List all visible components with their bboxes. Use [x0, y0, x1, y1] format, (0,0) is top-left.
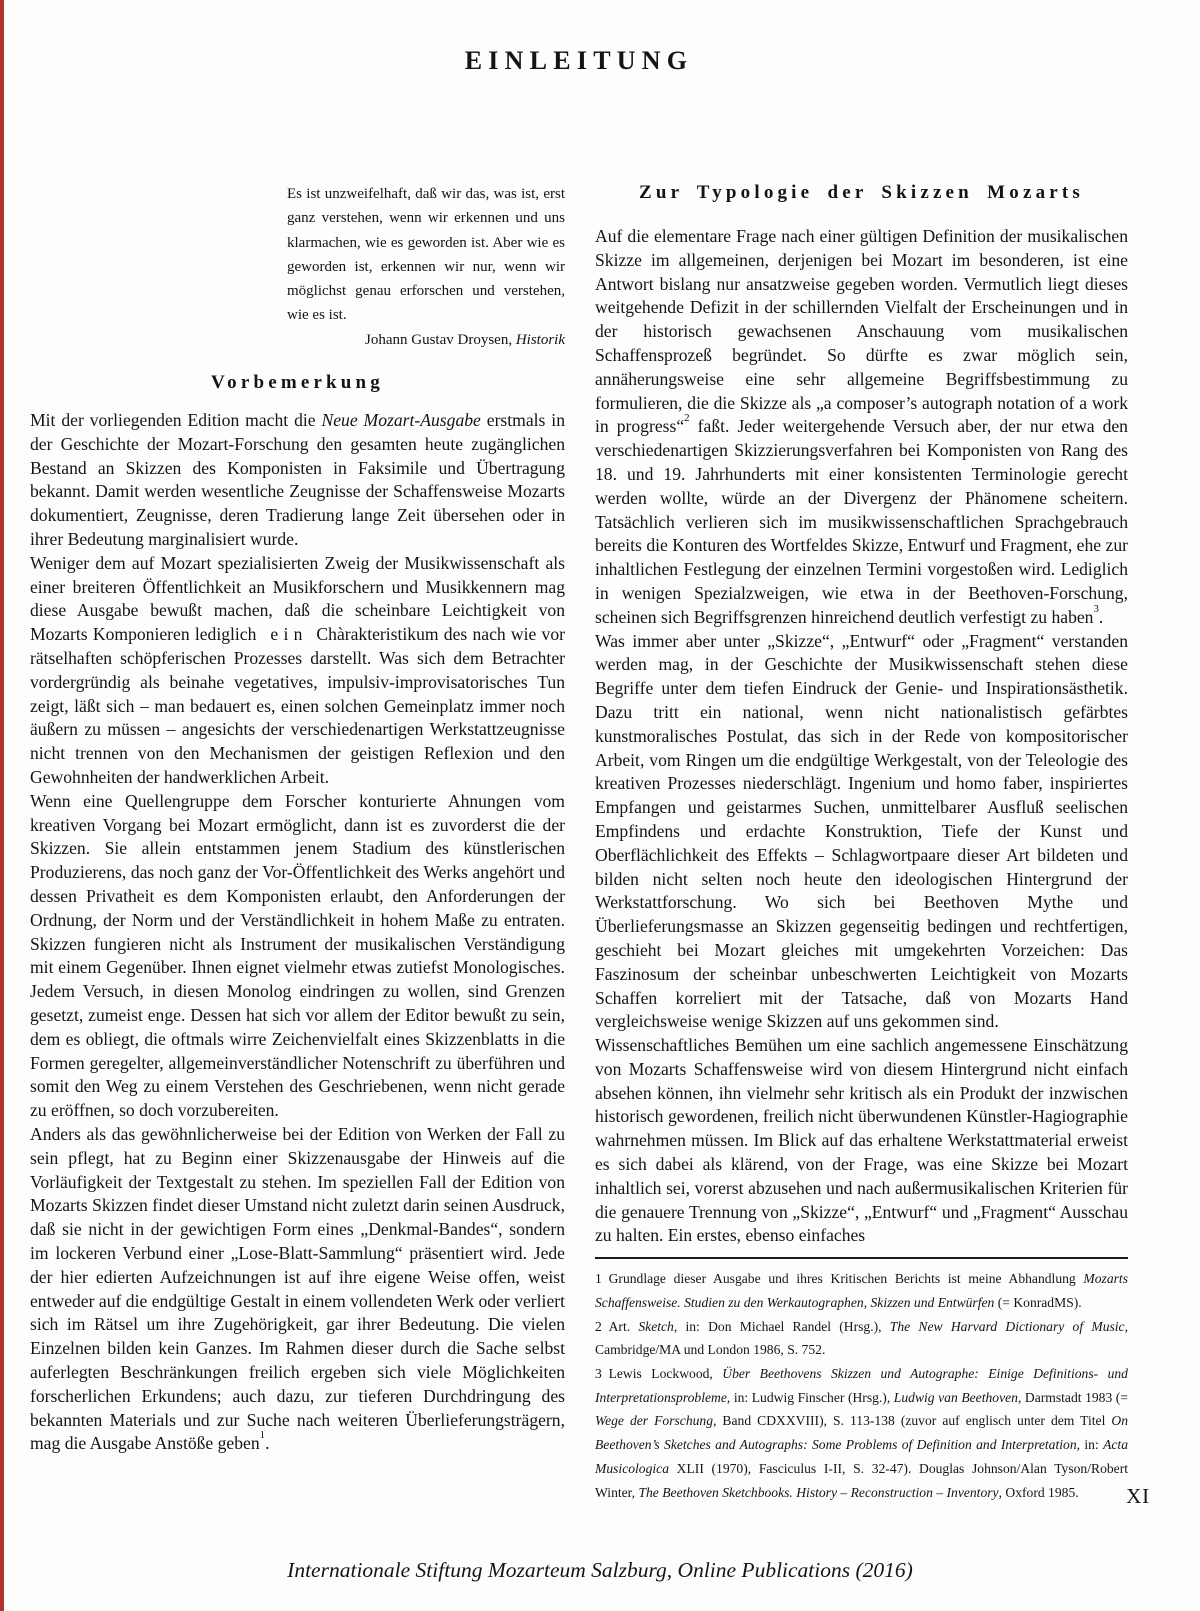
paragraph: Anders als das gewöhnlicherweise bei der…: [30, 1123, 565, 1456]
epigraph-attribution: Johann Gustav Droysen, Historik: [287, 328, 565, 352]
footnote: 1 Grundlage dieser Ausgabe und ihres Kri…: [595, 1267, 1128, 1314]
red-edge-line: [0, 0, 4, 1611]
left-column-body: Mit der vorliegenden Edition macht die N…: [30, 409, 565, 1456]
left-column: Es ist unzweifelhaft, daß wir das, was i…: [30, 182, 565, 1456]
footnote-divider: [595, 1257, 1128, 1259]
section-heading-vorbemerkung: Vorbemerkung: [30, 372, 565, 394]
paragraph: Auf die elementare Frage nach einer gült…: [595, 225, 1128, 630]
paragraph: Mit der vorliegenden Edition macht die N…: [30, 409, 565, 552]
footnote: 3 Lewis Lockwood, Über Beethovens Skizze…: [595, 1362, 1128, 1504]
paragraph: Wissenschaftliches Bemühen um eine sachl…: [595, 1034, 1128, 1248]
paragraph: Wenn eine Quellengruppe dem Forscher kon…: [30, 790, 565, 1123]
footnotes-section: 1 Grundlage dieser Ausgabe und ihres Kri…: [595, 1257, 1128, 1504]
paragraph: Was immer aber unter „Skizze“, „Entwurf“…: [595, 630, 1128, 1035]
footnote: 2 Art. Sketch, in: Don Michael Randel (H…: [595, 1315, 1128, 1362]
page-title: EINLEITUNG: [30, 46, 1128, 76]
epigraph: Es ist unzweifelhaft, daß wir das, was i…: [287, 182, 565, 328]
footer-text: Internationale Stiftung Mozarteum Salzbu…: [0, 1558, 1200, 1583]
page-number: XI: [1126, 1484, 1150, 1509]
section-heading-typologie: Zur Typologie der Skizzen Mozarts: [595, 182, 1128, 204]
right-column: Zur Typologie der Skizzen Mozarts Auf di…: [595, 182, 1128, 1504]
right-column-body: Auf die elementare Frage nach einer gült…: [595, 225, 1128, 1248]
paragraph: Weniger dem auf Mozart spezialisierten Z…: [30, 552, 565, 790]
